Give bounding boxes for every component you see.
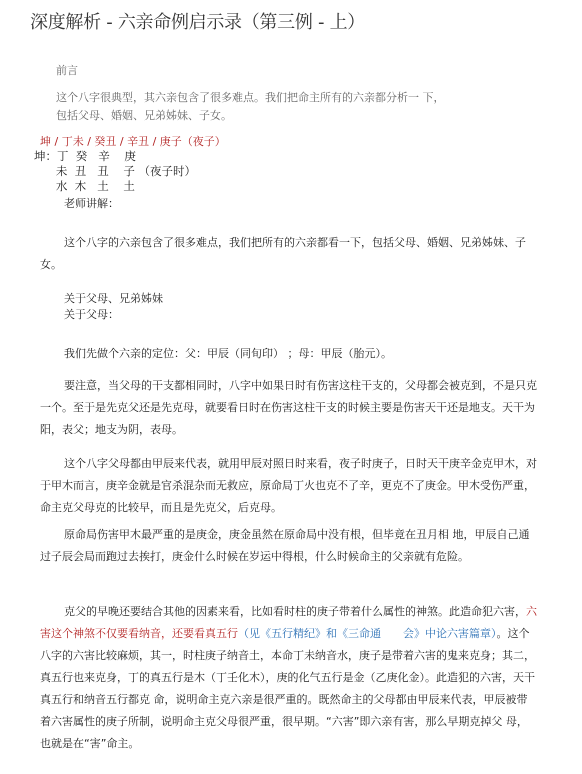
paragraph-1: 要注意，当父母的干支都相同时，八字中如果日时有伤害这柱干支的，父母都会被克到，不…	[40, 375, 538, 441]
preface-line: 包括父母、婚姻、兄弟姊妹、子女。	[56, 107, 445, 125]
preface-line: 这个八字很典型，其六亲包含了很多难点。我们把命主所有的六亲都分析一 下，	[56, 89, 445, 107]
reference-link[interactable]: （见《五行精纪》和《三命通 会》中论六害篇章）	[238, 627, 497, 640]
paragraph-4-text: 。这个八字的六害比较麻烦，其一，时柱庚子纳音土，本命丁未纳音水，庚子是带着六害的…	[40, 627, 535, 750]
positioning-paragraph: 我们先做个六亲的定位：父：甲辰（同旬印） ；母：甲辰（胎元）。	[40, 343, 538, 365]
intro-paragraph: 这个八字的六亲包含了很多难点，我们把所有的六亲都看一下，包括父母、婚姻、兄弟姊妹…	[40, 232, 538, 276]
bazi-chart: 坤：丁 癸 辛 庚 未 丑 丑 子 （夜子时） 水 木 土 土	[34, 149, 196, 194]
paragraph-2: 这个八字父母都由甲辰来代表，就用甲辰对照日时来看，夜子时庚子，日时天干庚辛金克甲…	[40, 453, 538, 519]
bazi-elements-row: 水 木 土 土	[34, 179, 196, 194]
page-title: 深度解析 - 六亲命例启示录（第三例 - 上）	[30, 8, 365, 34]
section-subheading: 关于父母：	[64, 306, 119, 324]
bazi-stems-row: 坤：丁 癸 辛 庚	[34, 149, 196, 164]
paragraph-3: 原命局伤害甲木最严重的是庚金，庚金虽然在原命局中没有根，但毕竟在丑月相 地，甲辰…	[40, 524, 538, 568]
paragraph-4-text: 克父的早晚还要结合其他的因素来看，比如看时柱的庚子带着什么属性的神煞。此造命犯六…	[64, 605, 526, 618]
preface: 前言 这个八字很典型，其六亲包含了很多难点。我们把命主所有的六亲都分析一 下， …	[56, 62, 445, 125]
bazi-chart-header: 坤 / 丁未 / 癸丑 / 辛丑 / 庚子（夜子）	[40, 133, 226, 149]
bazi-branches-row: 未 丑 丑 子 （夜子时）	[34, 164, 196, 179]
preface-label: 前言	[56, 62, 445, 78]
teacher-explanation-label: 老师讲解：	[64, 195, 119, 211]
paragraph-4: 克父的早晚还要结合其他的因素来看，比如看时柱的庚子带着什么属性的神煞。此造命犯六…	[40, 601, 538, 755]
